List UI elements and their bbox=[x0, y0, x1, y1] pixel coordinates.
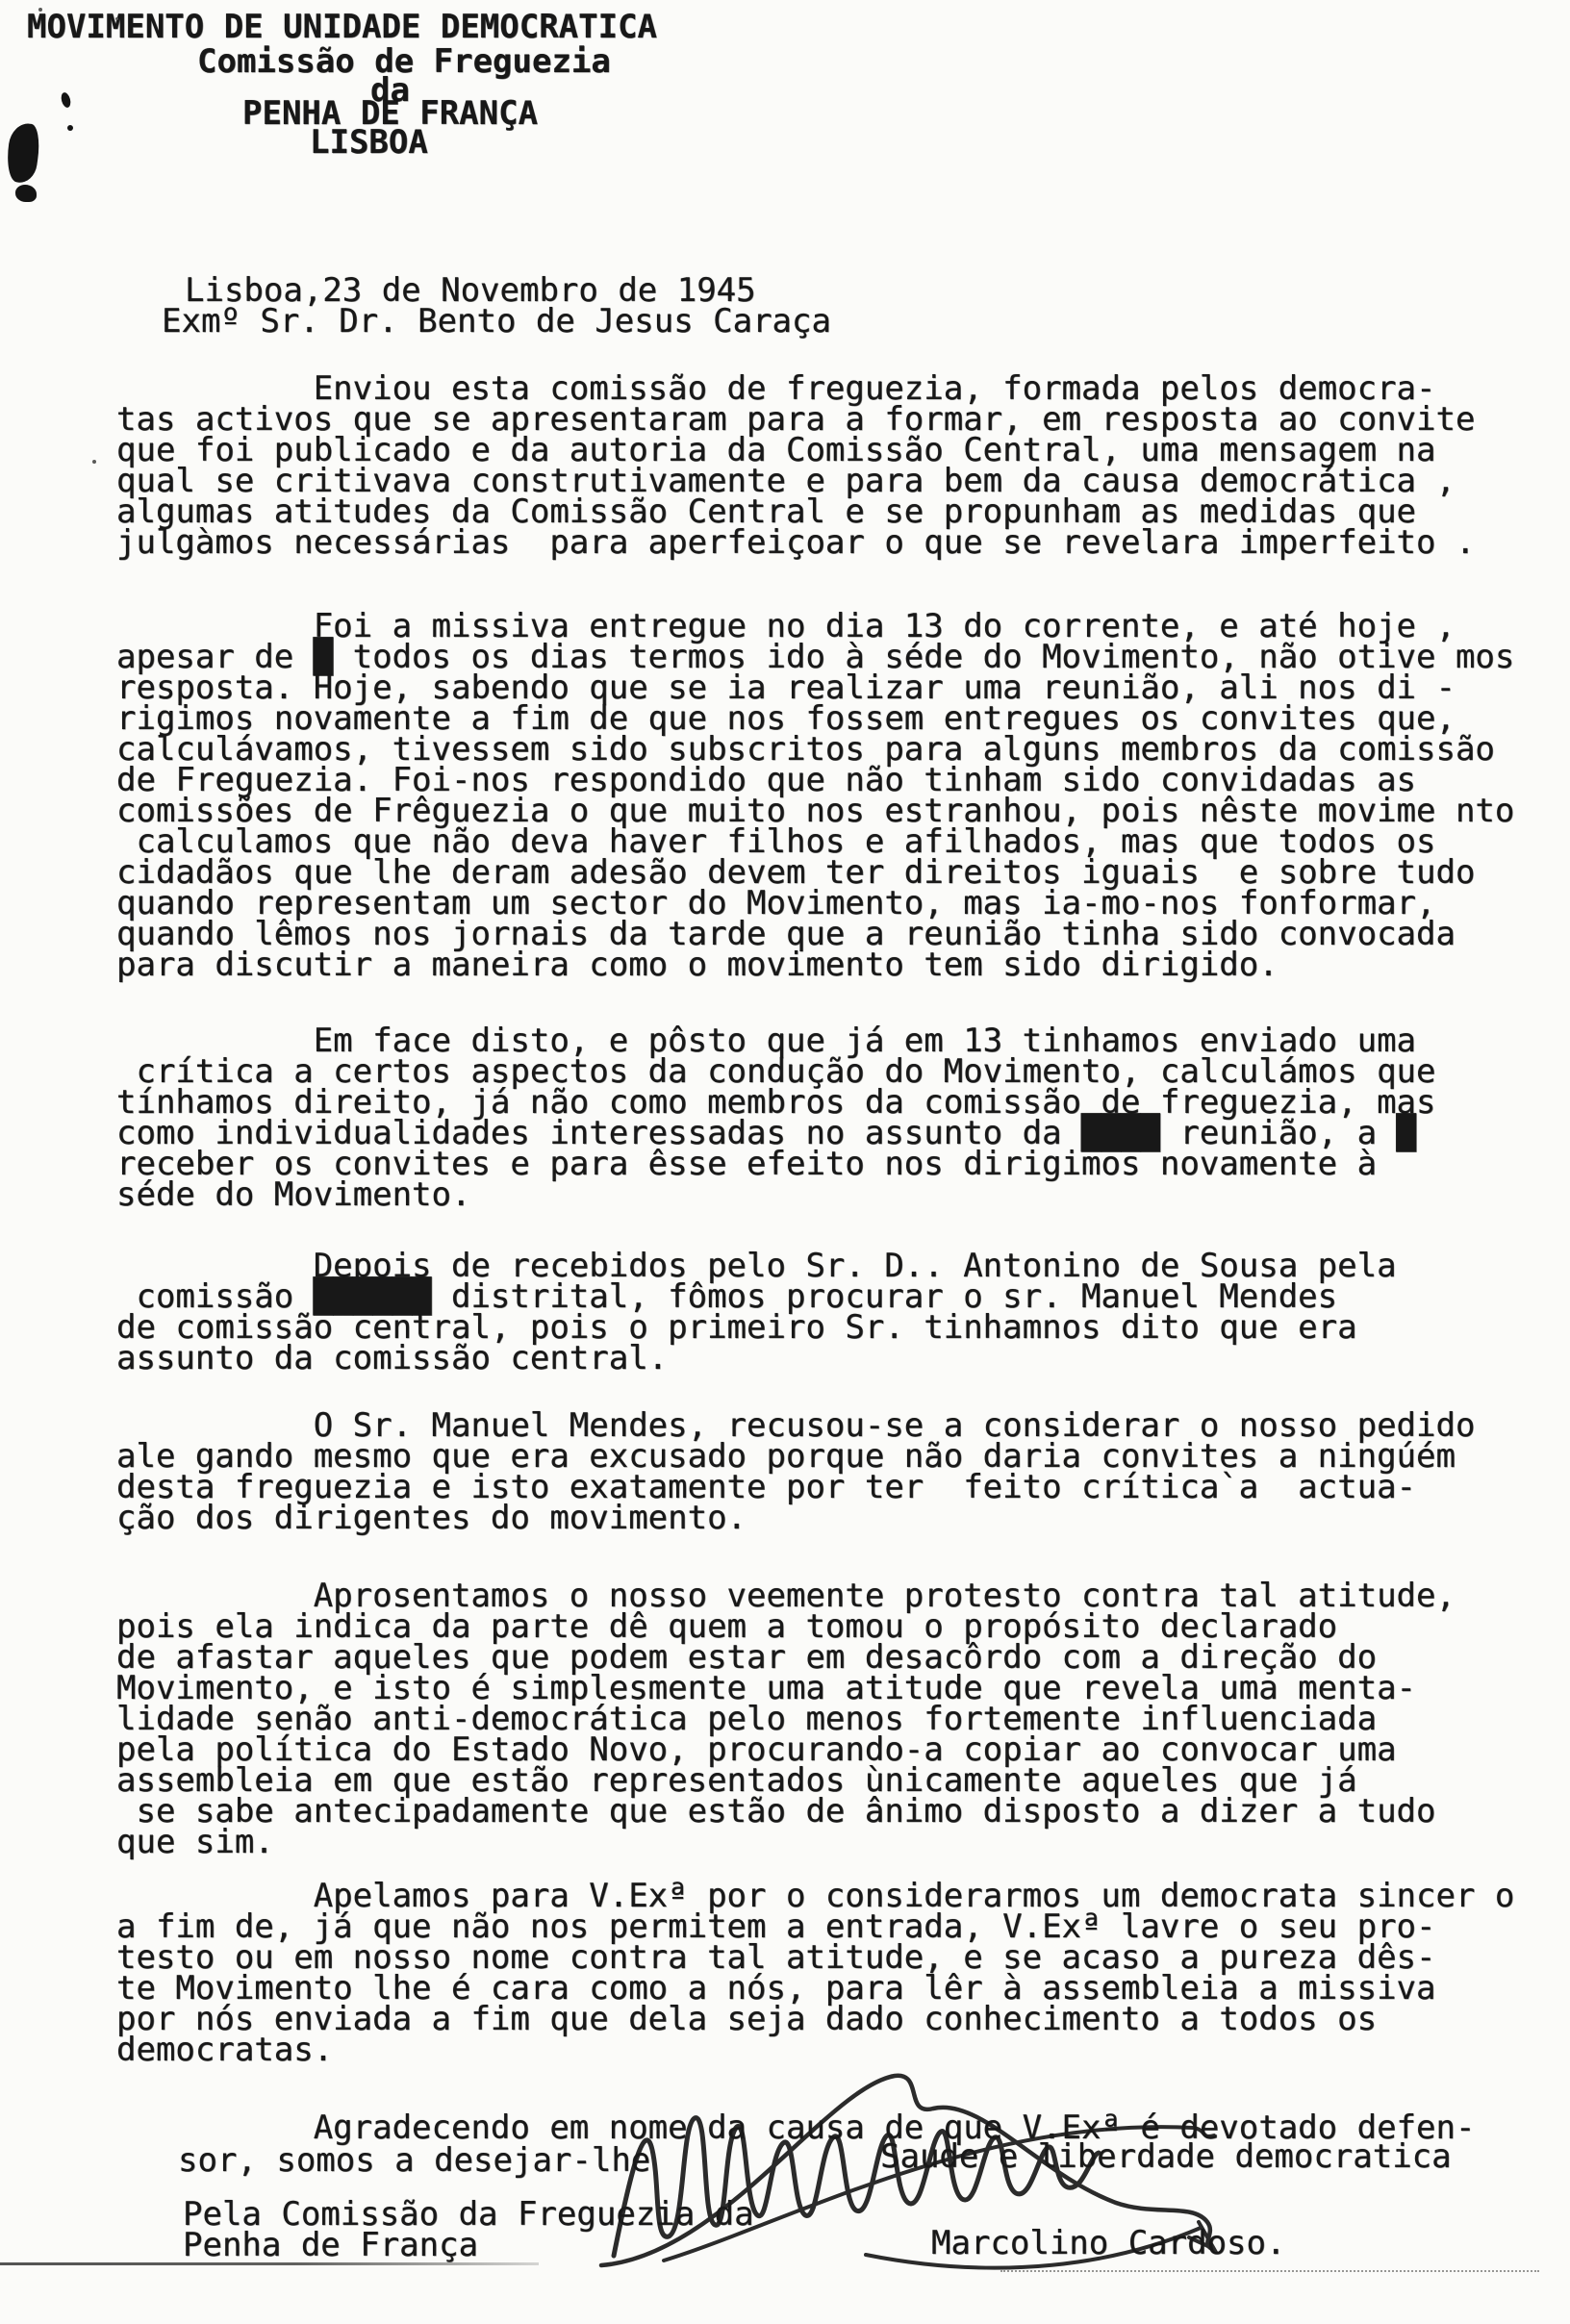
text-line: que sim. bbox=[116, 1827, 1456, 1857]
text-line: séde do Movimento. bbox=[116, 1179, 1435, 1210]
scan-speckle bbox=[115, 17, 118, 20]
scan-artifact-line bbox=[0, 2262, 539, 2265]
scan-speckle bbox=[92, 460, 96, 464]
text-line: ção dos dirigentes do movimento. bbox=[116, 1503, 1475, 1533]
paragraph-2: Foi a missiva entregue no dia 13 do corr… bbox=[116, 611, 1514, 980]
paragraph-6: Aprosentamos o nosso veemente protesto c… bbox=[116, 1580, 1456, 1857]
ink-blob bbox=[67, 125, 73, 131]
ink-blob bbox=[15, 185, 37, 202]
scan-speckle bbox=[38, 8, 42, 12]
closing-line: sor, somos a desejar-lhe bbox=[178, 2145, 650, 2176]
ink-blob bbox=[4, 121, 42, 185]
scan-artifact-dots bbox=[1000, 2270, 1539, 2272]
on-behalf-of: Penha de França bbox=[183, 2230, 478, 2261]
letter-page: MOVIMENTO DE UNIDADE DEMOCRATICA Comissã… bbox=[0, 0, 1570, 2324]
ink-blob bbox=[60, 91, 72, 109]
text-line: assunto da comissão central. bbox=[116, 1343, 1397, 1374]
addressee: Exmº Sr. Dr. Bento de Jesus Caraça bbox=[162, 306, 831, 337]
text-line: se sabe antecipadamente que estão de âni… bbox=[116, 1796, 1456, 1827]
salutation: Saude e liberdade democratica bbox=[880, 2141, 1452, 2172]
letterhead-org: MOVIMENTO DE UNIDADE DEMOCRATICA bbox=[27, 12, 657, 42]
paragraph-3: Em face disto, e pôsto que já em 13 tinh… bbox=[116, 1025, 1435, 1210]
paragraph-7: Apelamos para V.Exª por o considerarmos … bbox=[116, 1881, 1514, 2065]
text-line: julgàmos necessárias para aperfeiçoar o … bbox=[116, 527, 1475, 558]
signer-name: Marcolino Cardoso. bbox=[931, 2228, 1285, 2259]
paragraph-4: Depois de recebidos pelo Sr. D.. Antonin… bbox=[116, 1250, 1397, 1374]
paragraph-5: O Sr. Manuel Mendes, recusou-se a consid… bbox=[116, 1410, 1475, 1533]
text-line: democratas. bbox=[116, 2034, 1514, 2065]
text-line: para discutir a maneira como o movimento… bbox=[116, 949, 1514, 980]
paragraph-1: Enviou esta comissão de freguezia, forma… bbox=[116, 373, 1475, 558]
letterhead-city: LISBOA bbox=[310, 127, 428, 158]
